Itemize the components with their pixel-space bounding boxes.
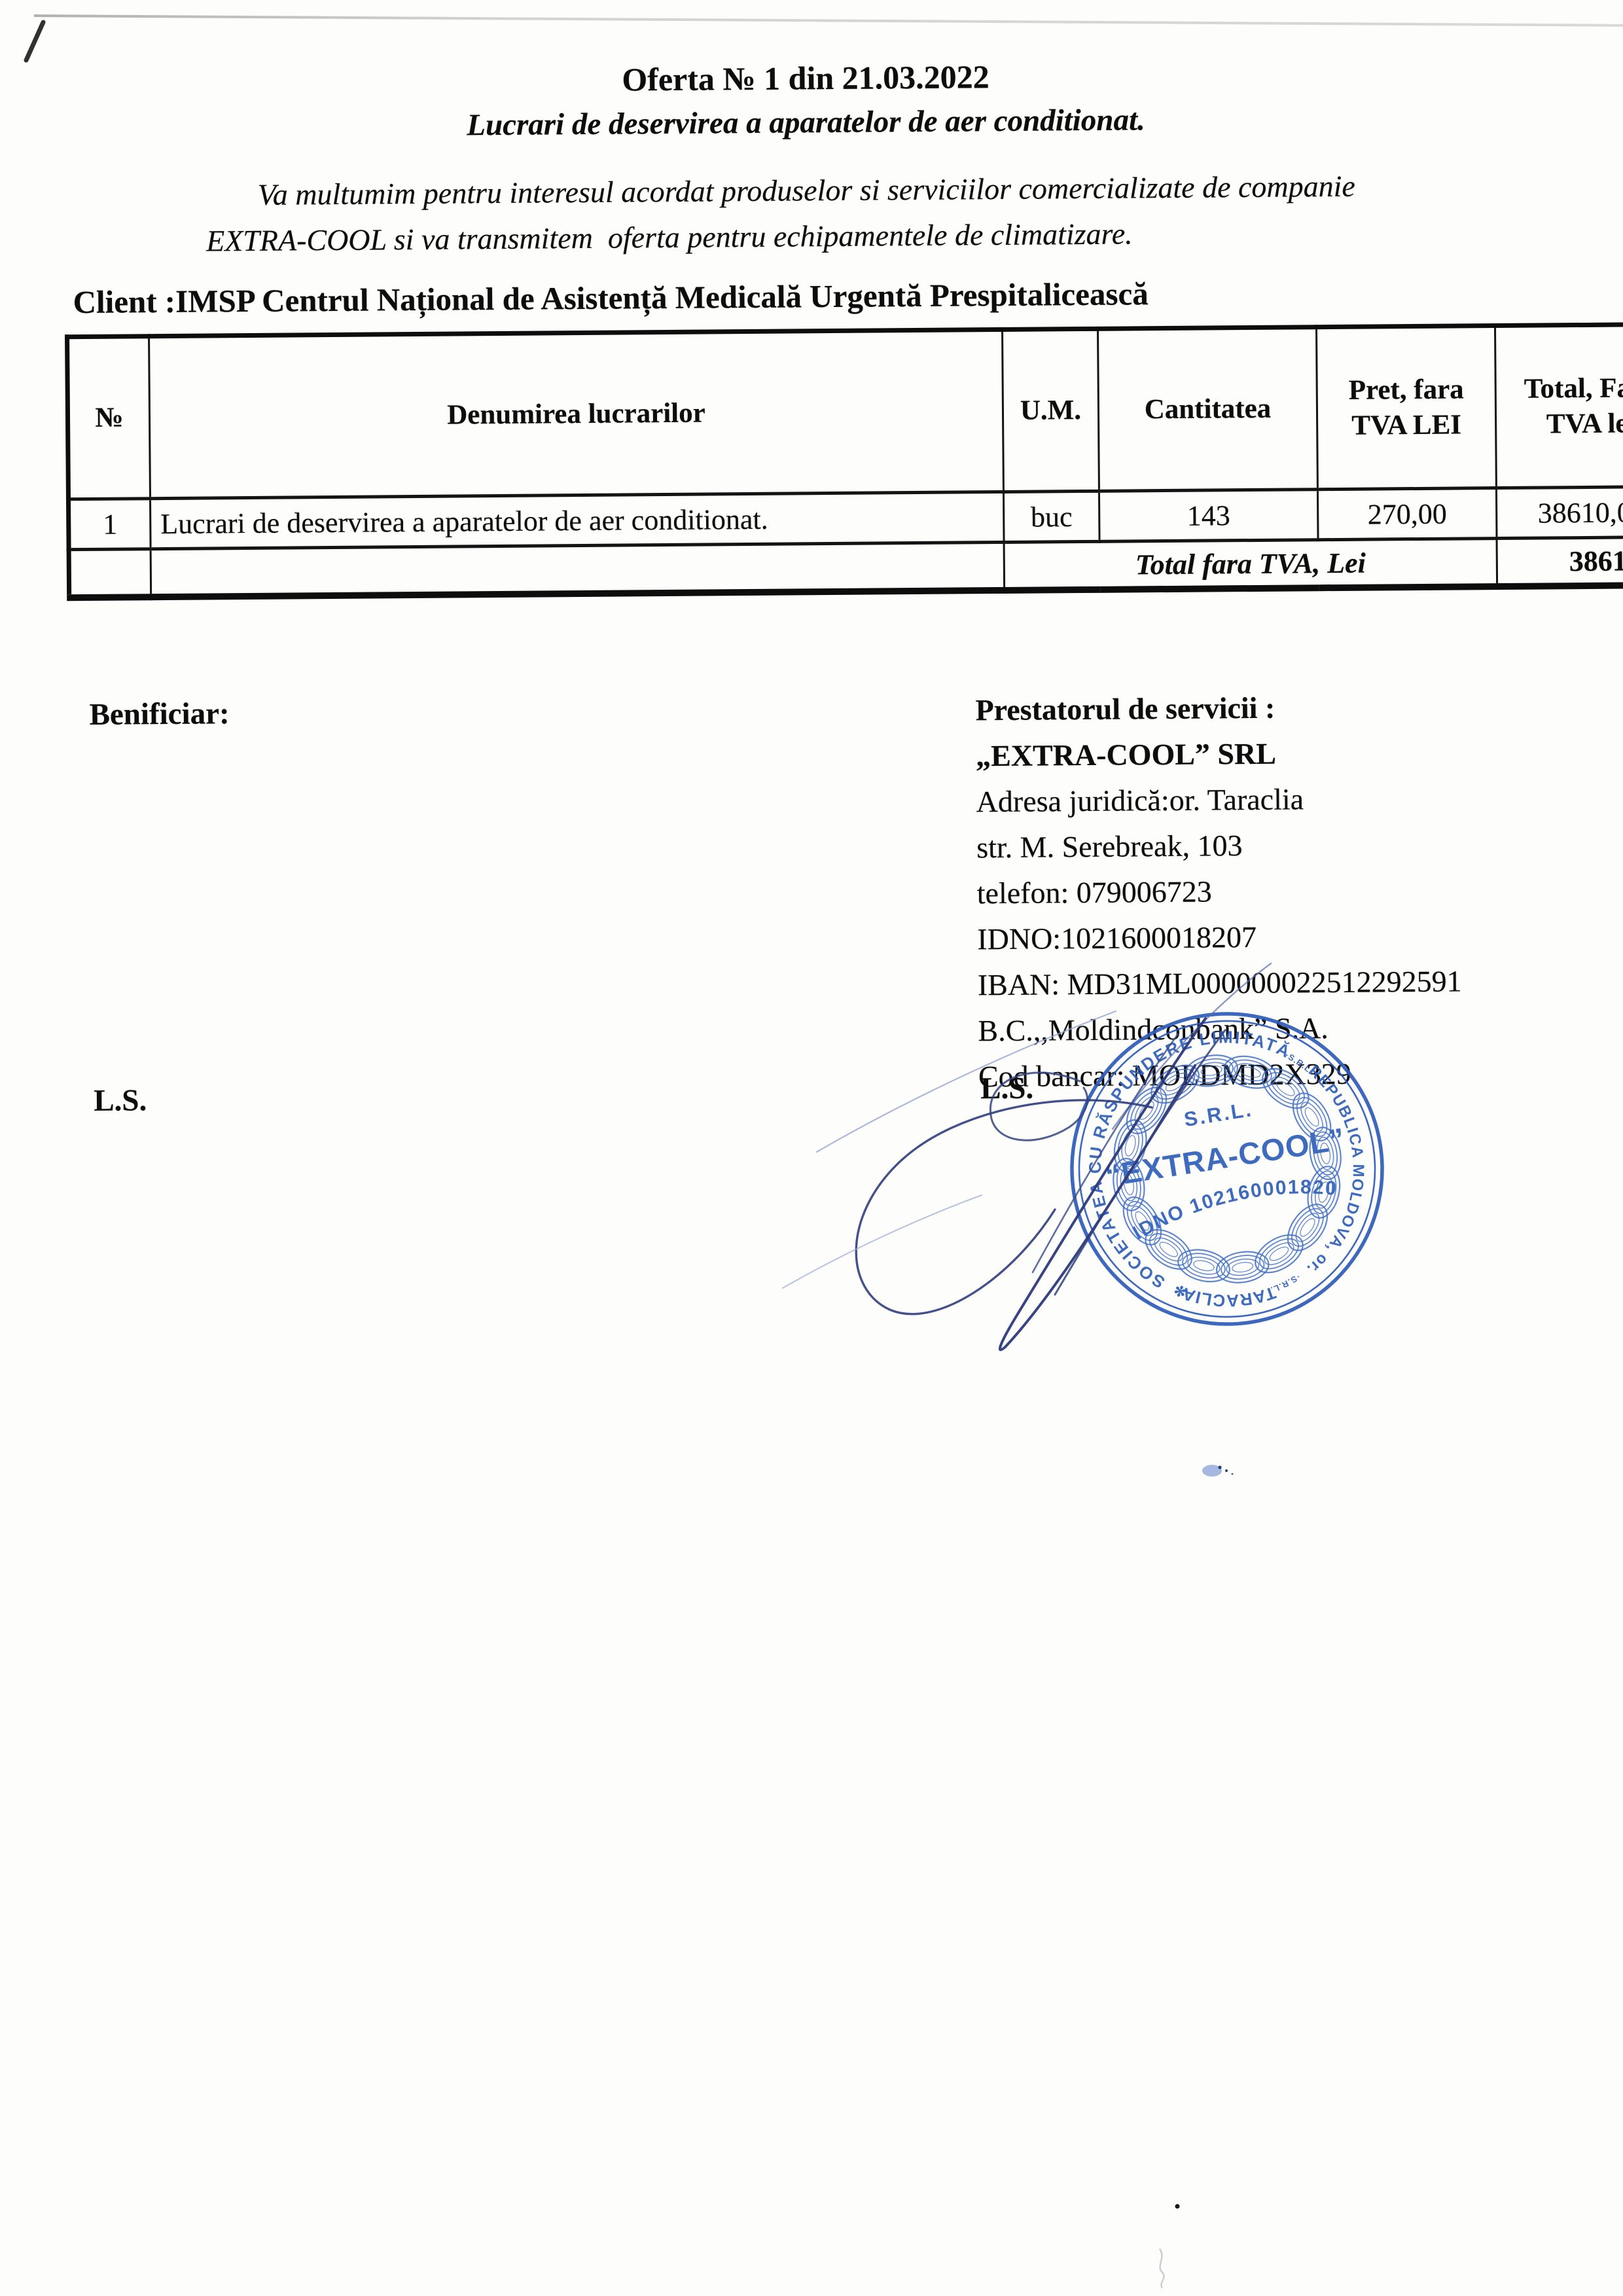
prestator-heading: Prestatorul de servicii :: [975, 684, 1459, 734]
total-label: Total fara TVA, Lei: [1004, 539, 1497, 590]
intro-line-2: EXTRA-COOL si va transmitem oferta pentr…: [0, 213, 1474, 260]
total-empty-number: [69, 549, 151, 598]
header-denumirea: Denumirea lucrarilor: [149, 329, 1004, 498]
prestator-phone: telefon: 079006723: [976, 867, 1461, 917]
total-value: 38610,00: [1497, 537, 1623, 586]
prestator-iban: IBAN: MD31ML000000022512292591: [978, 959, 1462, 1009]
cell-denumirea: Lucrari de deservirea a aparatelor de ae…: [150, 492, 1004, 548]
ls-left-label: L.S.: [94, 1083, 147, 1119]
cell-um: buc: [1003, 491, 1099, 542]
prestator-bank: B.C.,,Moldindconbank” S.A.: [978, 1005, 1462, 1054]
prestator-company: „EXTRA-COOL” SRL: [976, 730, 1460, 780]
intro-line-1: Va multumim pentru interesul acordat pro…: [1, 167, 1611, 214]
header-total: Total, Fara TVA lei: [1495, 324, 1623, 488]
scanned-page: Oferta № 1 din 21.03.2022 Lucrari de des…: [0, 0, 1623, 2296]
offer-subtitle: Lucrari de deservirea a aparatelor de ae…: [1, 99, 1611, 147]
cell-total: 38610,00: [1496, 486, 1623, 538]
offer-title: Oferta № 1 din 21.03.2022: [1, 53, 1611, 103]
header-pret: Pret, fara TVA LEI: [1316, 326, 1496, 490]
offer-table: № Denumirea lucrarilor U.M. Cantitatea P…: [65, 322, 1623, 601]
document-content: Oferta № 1 din 21.03.2022 Lucrari de des…: [0, 0, 1623, 2296]
prestator-address1: Adresa juridică:or. Taraclia: [976, 776, 1460, 825]
prestator-address2: str. M. Serebreak, 103: [976, 821, 1461, 871]
ls-right-label: L.S.: [980, 1071, 1033, 1107]
beneficiar-label: Benificiar:: [89, 696, 229, 732]
table-header-row: № Denumirea lucrarilor U.M. Cantitatea P…: [67, 324, 1623, 499]
total-empty-denumirea: [151, 542, 1005, 597]
cell-pret: 270,00: [1317, 488, 1497, 540]
prestator-block: Prestatorul de servicii : „EXTRA-COOL” S…: [975, 684, 1463, 1100]
header-cantitatea: Cantitatea: [1097, 327, 1317, 492]
cell-number: 1: [68, 499, 151, 550]
scanned-offer-document: { "doc": { "title": "Oferta № 1 din 21.0…: [0, 0, 1623, 2296]
cell-cantitatea: 143: [1099, 490, 1318, 542]
prestator-idno: IDNO:1021600018207: [977, 913, 1461, 963]
header-um: U.M.: [1003, 329, 1099, 492]
client-line: Client :IMSP Centrul Național de Asisten…: [73, 275, 1149, 321]
header-number: №: [67, 336, 151, 499]
prestator-bank-code: Cod bancar: MOLDMD2X329: [978, 1050, 1463, 1100]
